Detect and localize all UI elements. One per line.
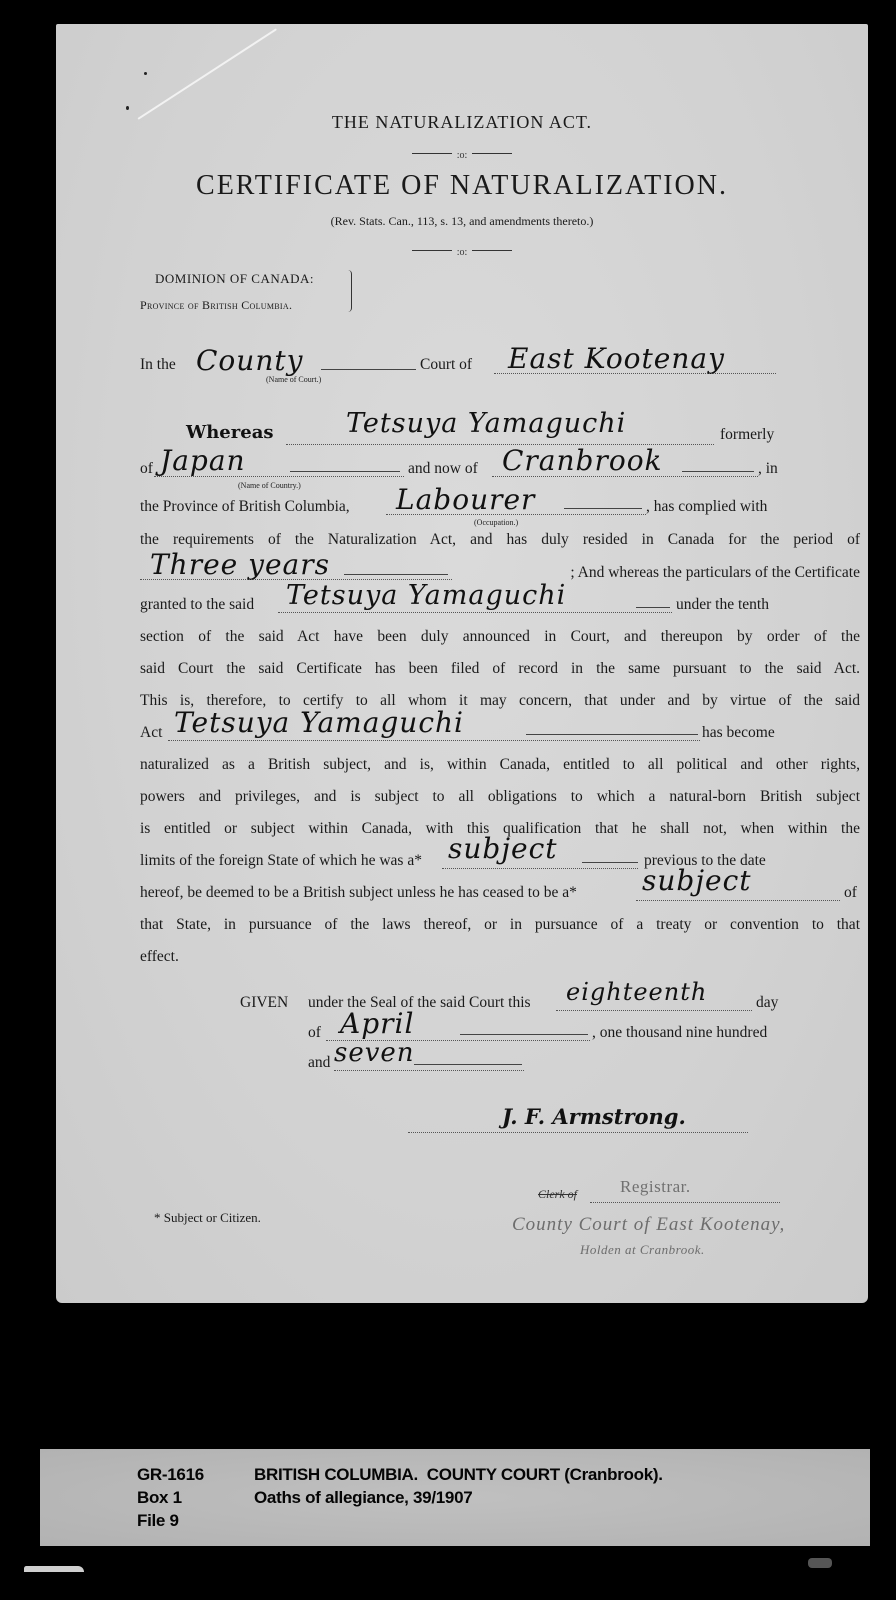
act-label: Act [140,724,162,742]
jurisdiction-province: Province of British Columbia. [140,298,292,313]
struck-clerk-title: Clerk of [538,1187,577,1202]
of-label: of [140,460,153,478]
residence-handwritten: Cranbrook [502,444,663,477]
year-text: , one thousand nine hundred [592,1024,767,1042]
granted-dash [636,607,670,608]
and-now-of-label: and now of [408,460,478,478]
country-handwritten: Japan [160,444,246,477]
certificate-paper: THE NATURALIZATION ACT. :o: CERTIFICATE … [56,24,868,1303]
limits-status-rule [442,868,638,869]
hereof-label: hereof, be deemed to be a British subjec… [140,884,577,902]
citation-divider: :o: [56,240,868,259]
archive-label: GR-1616 Box 1 File 9 BRITISH COLUMBIA. C… [40,1449,870,1546]
limits-status-handwritten: subject [448,832,558,865]
whereas-name-handwritten: Tetsuya Yamaguchi [346,408,626,439]
month-handwritten: April [340,1007,414,1040]
signature-rule [408,1132,748,1133]
day-handwritten: eighteenth [566,978,707,1006]
hereof-status-rule [636,900,840,901]
archive-series: GR-1616 [137,1465,204,1485]
film-artifact [808,1558,832,1568]
occupation-rule [386,514,646,515]
act-name-handwritten: Tetsuya Yamaguchi [174,706,464,739]
hereof-status-handwritten: subject [642,864,752,897]
year-and-label: and [308,1054,330,1072]
granted-name-handwritten: Tetsuya Yamaguchi [286,580,566,611]
granted-label: granted to the said [140,596,254,614]
act-name-rule [168,740,700,741]
body-requirements: the requirements of the Naturalization A… [140,531,860,549]
registrar-title: Registrar. [620,1177,691,1197]
district-handwritten: East Kootenay [508,342,725,375]
body-powers: powers and privileges, and is subject to… [140,788,860,806]
under-tenth-label: under the tenth [676,596,769,614]
film-artifact [24,1566,84,1572]
day-rule [556,1010,752,1011]
ink-speck [144,72,147,75]
act-name-dash [526,734,698,735]
given-label: GIVEN [240,994,288,1012]
country-caption: (Name of Country.) [238,481,301,490]
certificate-title: CERTIFICATE OF NATURALIZATION. [56,170,868,202]
of-state-label: of [844,884,857,902]
residence-rule [492,476,758,477]
province-label: the Province of British Columbia, [140,498,350,516]
district-rule [494,373,776,374]
signature-name: J. F. Armstrong. [502,1104,686,1129]
archive-creator: BRITISH COLUMBIA. COUNTY COURT (Cranbroo… [254,1465,663,1485]
day-label: day [756,994,778,1012]
occupation-handwritten: Labourer [396,483,535,516]
jurisdiction-dominion: DOMINION OF CANADA: [155,271,314,287]
occupation-dash [564,508,642,509]
occupation-caption: (Occupation.) [474,518,518,527]
ink-speck [126,106,129,110]
year-handwritten: seven [334,1038,415,1068]
granted-name-rule [278,612,672,613]
footnote: * Subject or Citizen. [154,1210,261,1226]
header-divider: :o: [56,143,868,162]
year-dash [414,1064,522,1065]
paper-crease [137,28,276,120]
archive-file: File 9 [137,1511,179,1531]
archive-description: Oaths of allegiance, 39/1907 [254,1488,472,1508]
registrar-rule [590,1202,780,1203]
residence-dash [682,471,754,472]
body-state: that State, in pursuance of the laws the… [140,916,860,934]
month-dash [460,1034,588,1035]
limits-dash [582,862,638,863]
in-label: , in [758,460,778,478]
court-of-label: Court of [420,356,472,374]
complied-label: , has complied with [646,498,767,516]
period-dash [344,574,448,575]
period-handwritten: Three years [150,548,330,581]
court-name-caption: (Name of Court.) [266,375,321,384]
archive-box: Box 1 [137,1488,182,1508]
body-effect: effect. [140,948,860,966]
month-of-label: of [308,1024,321,1042]
body-naturalized: naturalized as a British subject, and is… [140,756,860,774]
jurisdiction-brace [347,270,352,312]
act-title: THE NATURALIZATION ACT. [56,112,868,133]
citation: (Rev. Stats. Can., 113, s. 13, and amend… [56,214,868,229]
whereas-label: Whereas [186,422,274,443]
court-stamp: County Court of East Kootenay, [512,1214,785,1236]
body-section: section of the said Act have been duly a… [140,628,860,646]
body-said-court: said Court the said Certificate has been… [140,660,860,678]
country-dash [290,471,400,472]
year-rule [334,1070,524,1071]
country-rule [154,476,404,477]
limits-label: limits of the foreign State of which he … [140,852,422,870]
court-name-rule [321,369,416,370]
formerly-label: formerly [720,426,774,444]
has-become-label: has become [702,724,775,742]
holden-stamp: Holden at Cranbrook. [580,1242,705,1258]
court-name-handwritten: County [196,344,303,377]
